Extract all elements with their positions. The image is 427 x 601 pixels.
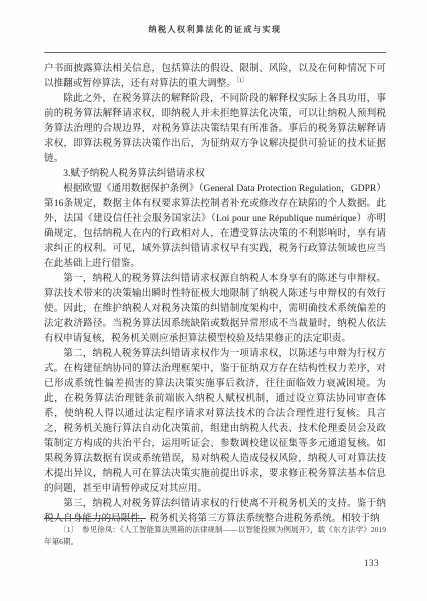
paragraph-text: 根据欧盟《通用数据保护条例》（General Data Protection R… <box>44 183 386 269</box>
paragraph-text: 第二，纳税人税务算法纠错请求权作为一项请求权，以陈述与申辩为行权方式。在构建征纳… <box>44 348 386 494</box>
paragraph-text: 第一，纳税人的税务算法纠错请求权源自纳税人本身享有的陈述与申辩权。算法技术带来的… <box>44 273 386 344</box>
footnote-marker: 〔1〕 <box>59 525 82 534</box>
header-rule <box>44 52 386 53</box>
paragraph: 第二，纳税人税务算法纠错请求权作为一项请求权，以陈述与申辩为行权方式。在构建征纳… <box>44 346 386 496</box>
footnotes: 〔1〕 参见徐凤：《人工智能算法黑箱的法律规制——以智能投顾为例展开》，载《东方… <box>44 524 386 547</box>
paragraph-text: 3.赋予纳税人税务算法纠错请求权 <box>63 168 205 179</box>
footnote: 〔1〕 参见徐凤：《人工智能算法黑箱的法律规制——以智能投顾为例展开》，载《东方… <box>44 524 386 547</box>
paragraph: 第一，纳税人的税务算法纠错请求权源自纳税人本身享有的陈述与申辩权。算法技术带来的… <box>44 271 386 346</box>
footnote-ref: 〔1〕 <box>236 77 248 84</box>
paragraph-text: 户书面披露算法相关信息，包括算法的假设、限制、风险，以及在何种情况下可以推翻或暂… <box>44 63 386 89</box>
footnote-text: 参见徐凤：《人工智能算法黑箱的法律规制——以智能投顾为例展开》，载《东方法学》2… <box>44 525 386 546</box>
running-header-title: 纳税人权利算法化的证成与实现 <box>44 24 386 35</box>
paragraph: 户书面披露算法相关信息，包括算法的假设、限制、风险，以及在何种情况下可以推翻或暂… <box>44 61 386 91</box>
paragraph: 根据欧盟《通用数据保护条例》（General Data Protection R… <box>44 181 386 271</box>
page-number: 133 <box>364 558 379 568</box>
paragraph-text: 除此之外，在税务算法的解释阶段，不同阶段的解释权实际上各具功用，事前的税务算法解… <box>44 93 386 164</box>
document-page: 纳税人权利算法化的证成与实现 户书面披露算法相关信息，包括算法的假设、限制、风险… <box>0 0 427 601</box>
paragraph: 第三，纳税人对税务算法纠错请求权的行使离不开税务机关的支持。鉴于纳税人自身能力的… <box>44 496 386 526</box>
footnote-separator <box>44 518 146 519</box>
paragraph-text: 第三，纳税人对税务算法纠错请求权的行使离不开税务机关的支持。鉴于纳税人自身能力的… <box>44 498 386 524</box>
paragraph: 除此之外，在税务算法的解释阶段，不同阶段的解释权实际上各具功用，事前的税务算法解… <box>44 91 386 166</box>
body-text: 户书面披露算法相关信息，包括算法的假设、限制、风险，以及在何种情况下可以推翻或暂… <box>44 61 386 526</box>
paragraph: 3.赋予纳税人税务算法纠错请求权 <box>44 166 386 181</box>
